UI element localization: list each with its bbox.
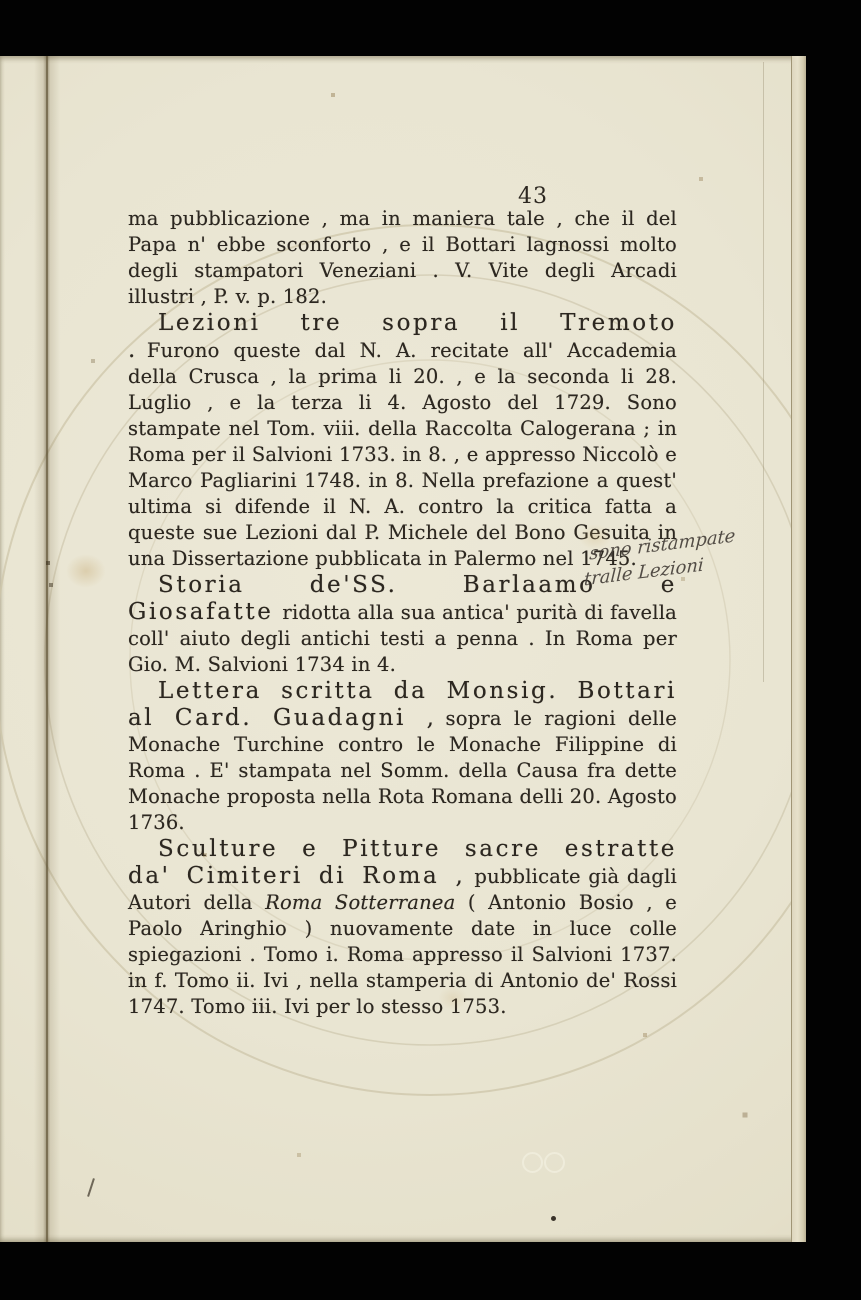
page-fore-edge	[791, 56, 806, 1242]
binding-fold-line	[46, 56, 48, 1242]
photo-background: 43 ma pubblicazione , ma in maniera tale…	[0, 0, 861, 1300]
ink-spot	[551, 1216, 556, 1221]
book-page: 43 ma pubblicazione , ma in maniera tale…	[0, 56, 806, 1242]
paragraph-continuation: ma pubblicazione , ma in maniera tale , …	[128, 206, 677, 310]
pen-mark	[87, 1178, 95, 1197]
paragraph-text: Furono queste dal N. A. recitate all' Ac…	[128, 339, 677, 570]
paragraph-text: ma pubblicazione , ma in maniera tale , …	[128, 207, 677, 308]
entry-lezioni: Lezioni tre sopra il Tremoto .Furono que…	[128, 310, 677, 572]
paper-crease	[763, 62, 764, 682]
foxing-stain	[66, 554, 106, 588]
entry-lettera: Lettera scritta da Monsig. Bottari al Ca…	[128, 678, 677, 836]
italic-title: Roma Sotterranea	[265, 891, 455, 914]
oo-watermark	[522, 1152, 568, 1174]
entry-sculture: Sculture e Pitture sacre estratte da' Ci…	[128, 836, 677, 1020]
paper-specks	[0, 56, 2, 58]
text-block: ma pubblicazione , ma in maniera tale , …	[128, 206, 677, 1020]
